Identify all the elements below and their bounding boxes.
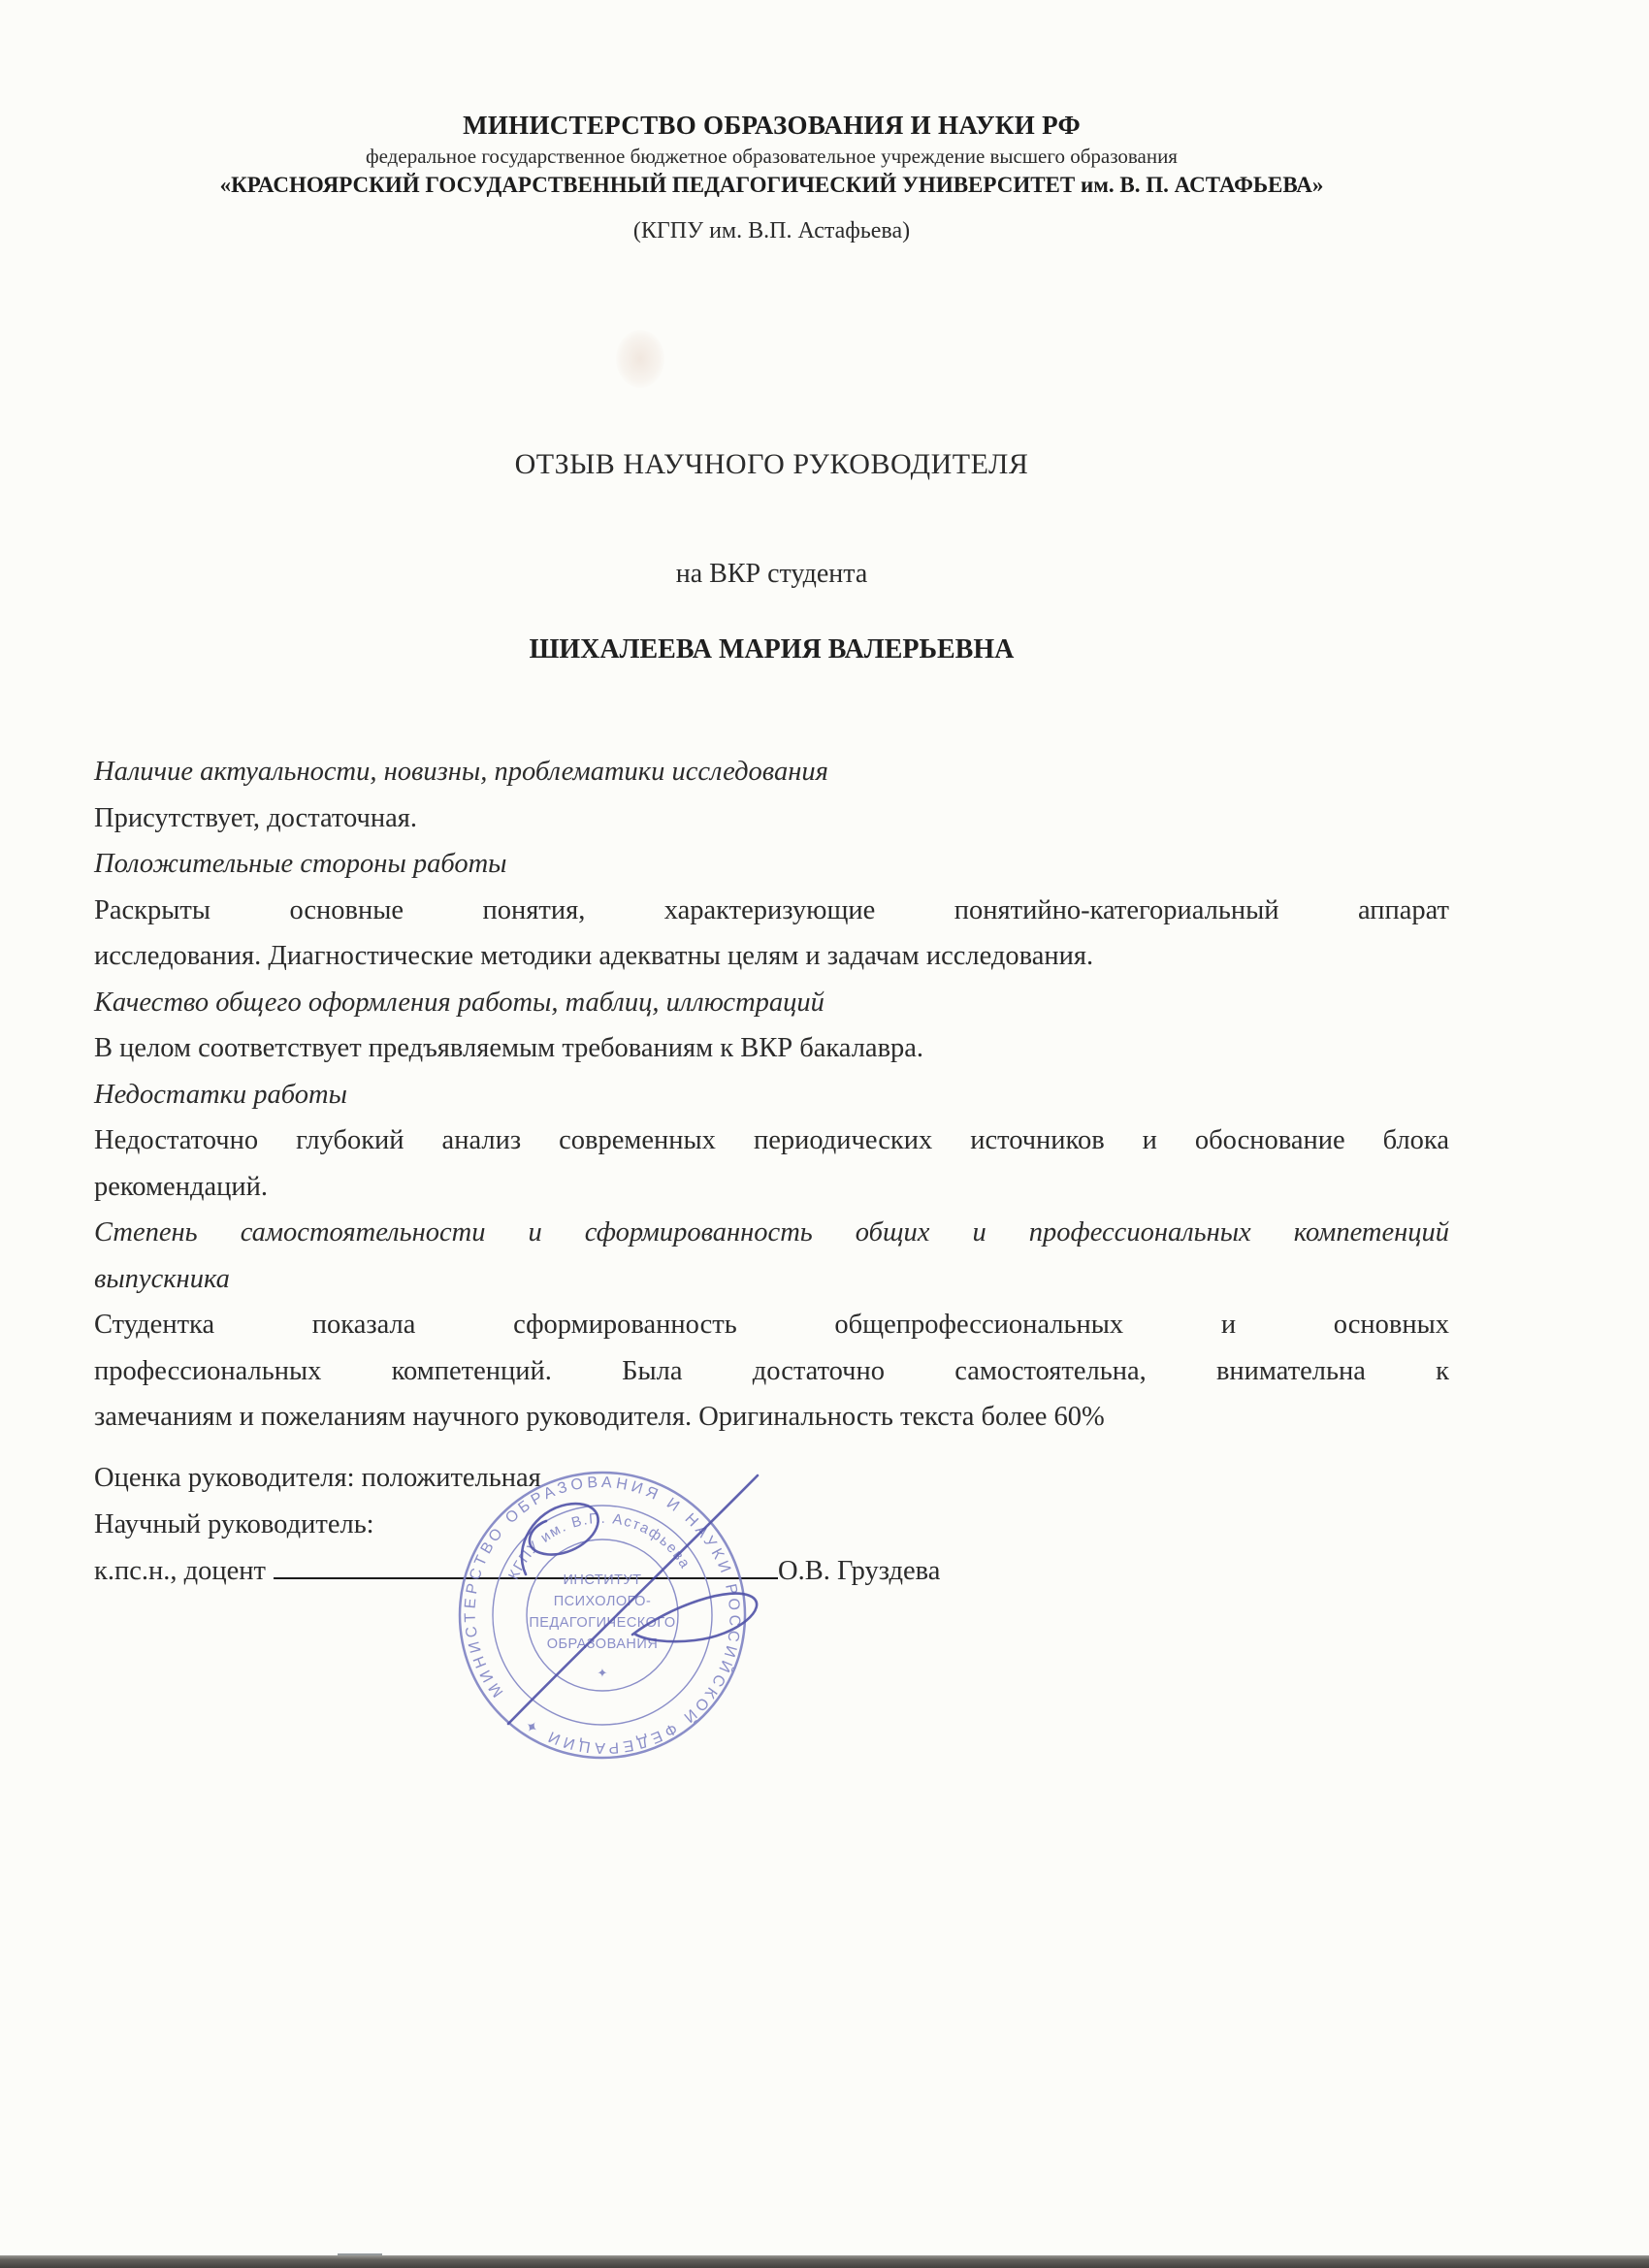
institution-type-line: федеральное государственное бюджетное об… xyxy=(94,142,1449,171)
section-body-line: замечаниям и пожеланиям научного руковод… xyxy=(94,1394,1449,1441)
section-body-line: В целом соответствует предъявляемым треб… xyxy=(94,1025,1449,1072)
section-body-line: рекомендаций. xyxy=(94,1164,1449,1211)
sections: Наличие актуальности, новизны, проблемат… xyxy=(94,749,1449,1441)
section-heading-line: Недостатки работы xyxy=(94,1072,1449,1118)
section-body-line: исследования. Диагностические методики а… xyxy=(94,933,1449,980)
section-heading-line: Степень самостоятельности и сформированн… xyxy=(94,1210,1449,1256)
student-name: ШИХАЛЕЕВА МАРИЯ ВАЛЕРЬЕВНА xyxy=(94,634,1449,665)
document-title: ОТЗЫВ НАУЧНОГО РУКОВОДИТЕЛЯ xyxy=(94,448,1449,481)
supervisor-name: О.В. Груздева xyxy=(778,1556,940,1586)
university-short-name-line: (КГПУ им. В.П. Астафьева) xyxy=(94,216,1449,245)
ministry-line: МИНИСТЕРСТВО ОБРАЗОВАНИЯ И НАУКИ РФ xyxy=(94,109,1449,142)
stamp-center-line-1: ИНСТИТУТ xyxy=(563,1572,641,1588)
stamp-svg: МИНИСТЕРСТВО ОБРАЗОВАНИЯ И НАУКИ РОССИЙС… xyxy=(446,1460,776,1780)
section-body-line: Раскрыты основные понятия, характеризующ… xyxy=(94,888,1449,934)
section-body-line: Недостаточно глубокий анализ современных… xyxy=(94,1118,1449,1164)
section-heading-line: выпускника xyxy=(94,1256,1449,1303)
section-body-line: Присутствует, достаточная. xyxy=(94,795,1449,842)
section-body-line: профессиональных компетенций. Была доста… xyxy=(94,1348,1449,1395)
stamp-kgpu-ring-text: КГПУ им. В.П. Астафьева xyxy=(505,1510,694,1582)
section-body-line: Студентка показала сформированность обще… xyxy=(94,1302,1449,1348)
section-heading-line: Наличие актуальности, новизны, проблемат… xyxy=(94,749,1449,795)
stamp-star-mark: ✦ xyxy=(598,1666,608,1680)
scanned-document-page: МИНИСТЕРСТВО ОБРАЗОВАНИЯ И НАУКИ РФ феде… xyxy=(0,0,1649,2268)
stamp-center-line-4: ОБРАЗОВАНИЯ xyxy=(547,1636,659,1652)
section-heading-line: Положительные стороны работы xyxy=(94,841,1449,888)
degree-text: к.пс.н., доцент xyxy=(94,1556,266,1586)
scanner-edge-strip xyxy=(0,2255,1649,2268)
university-stamp: МИНИСТЕРСТВО ОБРАЗОВАНИЯ И НАУКИ РОССИЙС… xyxy=(446,1460,776,1780)
document-subtitle: на ВКР студента xyxy=(94,559,1449,590)
scan-smudge xyxy=(616,330,664,388)
section-heading-line: Качество общего оформления работы, табли… xyxy=(94,980,1449,1026)
university-name-line: «КРАСНОЯРСКИЙ ГОСУДАРСТВЕННЫЙ ПЕДАГОГИЧЕ… xyxy=(94,171,1449,200)
document-header: МИНИСТЕРСТВО ОБРАЗОВАНИЯ И НАУКИ РФ феде… xyxy=(94,109,1449,245)
